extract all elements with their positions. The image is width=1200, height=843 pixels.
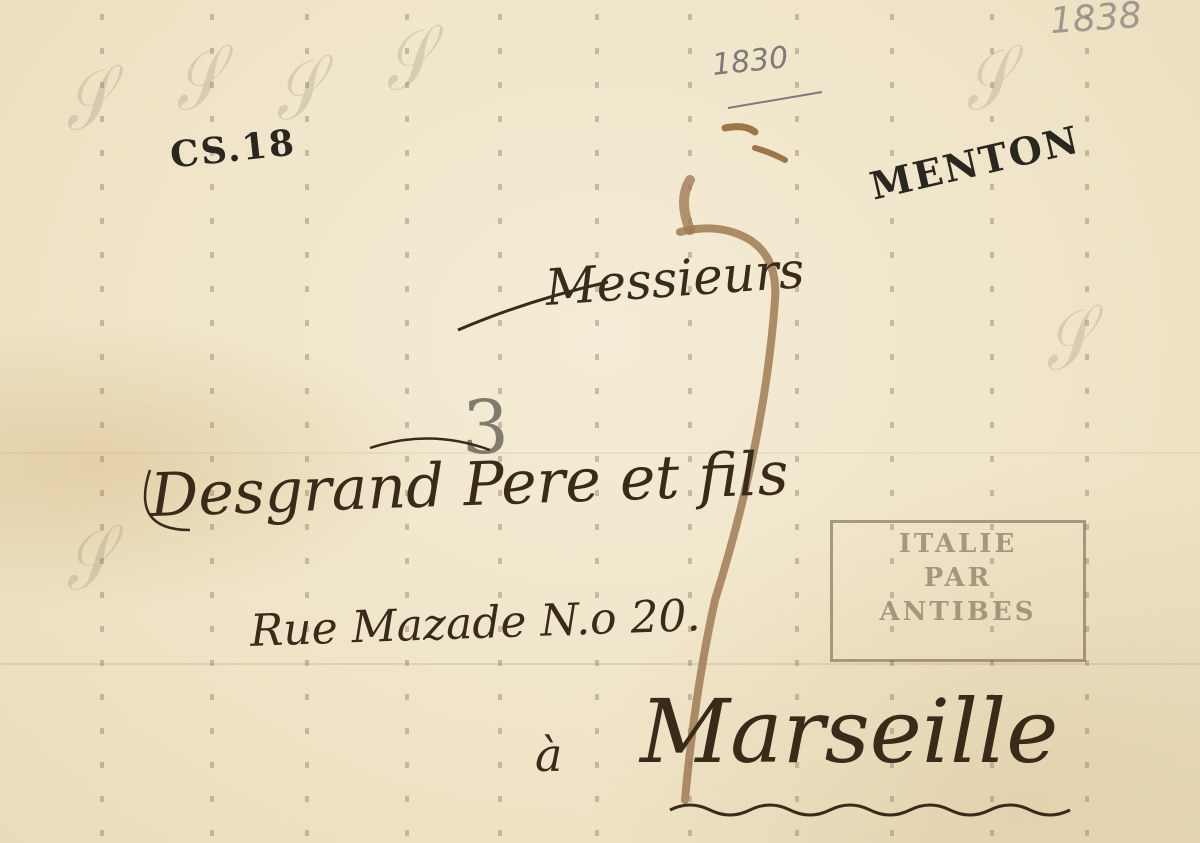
ink-dash — [725, 127, 755, 132]
ink-dash — [755, 148, 785, 160]
marseille-underline — [670, 805, 1070, 815]
city-prefix: à — [535, 728, 562, 782]
addressee-flourish — [370, 438, 490, 450]
pencil-rule — [728, 92, 822, 108]
ink-blot — [684, 180, 690, 230]
letter-cover: 𝒮 𝒮 𝒮 𝒮 𝒮 𝒮 𝒮 CS.18 MENTON 1830 1838 ITA… — [0, 0, 1200, 843]
city-name: Marseille — [640, 680, 1058, 783]
